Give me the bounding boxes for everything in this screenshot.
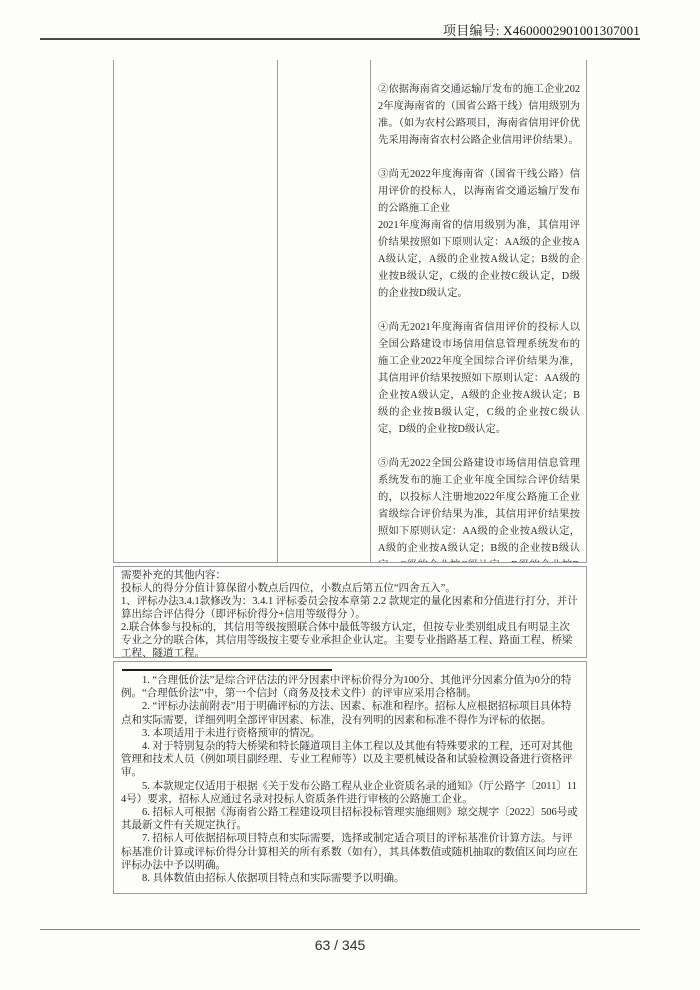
footnotes-section: 1. “合理低价法”是综合评估法的评分因素中评标价得分为100分、其他评分因素分… [113, 661, 587, 894]
supplement-paragraph: 投标人的得分分值计算保留小数点后四位，小数点后第五位“四舍五入”。 [121, 582, 579, 595]
footnote-item: 7. 招标人可依据招标项目特点和实际需要，选择或制定适合项目的评标基准价计算方法… [121, 832, 579, 872]
footnote-item: 4. 对于特别复杂的特大桥梁和特长隧道项目主体工程以及其他有特殊要求的工程，还可… [121, 740, 579, 780]
footnote-item: 5. 本款规定仅适用于根据《关于发布公路工程从业企业资质名录的通知》（厅公路字〔… [121, 780, 579, 806]
footnote-item: 6. 招标人可根据《海南省公路工程建设项目招标投标管理实施细则》琼交规字〔202… [121, 806, 579, 832]
supplement-section: 需要补充的其他内容： 投标人的得分分值计算保留小数点后四位，小数点后第五位“四舍… [113, 566, 587, 658]
footnote-item: 1. “合理低价法”是综合评估法的评分因素中评标价得分为100分、其他评分因素分… [121, 674, 579, 700]
credit-rule-paragraph: ③尚无2022年度海南省（国省干线公路）信用评价的投标人，以海南省交通运输厅发布… [378, 166, 580, 302]
footnote-item: 2. “评标办法前附表”用于明确评标的方法、因素、标准和程序。招标人应根据招标项… [121, 700, 579, 726]
supplement-paragraph: 2.联合体参与投标的，其信用等级按照联合体中最低等级方认定，但按专业类别组成且有… [121, 621, 579, 658]
footnote-item: 8. 具体数值由招标人依据项目特点和实际需要予以明确。 [121, 872, 579, 885]
credit-rule-paragraph: ⑤尚无2022全国公路建设市场信用信息管理系统发布的施工企业年度全国综合评价结果… [378, 455, 580, 562]
footnote-separator [122, 669, 332, 671]
supplement-paragraph: 1、评标办法3.4.1款修改为：3.4.1 评标委员会按本章第 2.2 款规定的… [121, 595, 579, 621]
footer-divider [40, 929, 640, 930]
credit-rule-paragraph: ④尚无2021年度海南省信用评价的投标人以全国公路建设市场信用信息管理系统发布的… [378, 319, 580, 438]
table-cell-empty-left [114, 60, 278, 562]
evaluation-table: ②依据海南省交通运输厅发布的施工企业2022年度海南省的（国省公路干线）信用级别… [113, 60, 587, 563]
footnote-item: 3. 本项适用于未进行资格预审的情况。 [121, 727, 579, 740]
project-number: 项目编号: X4600002901001307001 [40, 20, 640, 39]
table-cell-credit-rating-rules: ②依据海南省交通运输厅发布的施工企业2022年度海南省的（国省公路干线）信用级别… [371, 60, 586, 562]
header-divider [40, 38, 640, 40]
page-number: 63 / 345 [40, 937, 640, 953]
document-page: 项目编号: X4600002901001307001 ②依据海南省交通运输厅发布… [0, 0, 700, 990]
table-cell-empty-middle [278, 60, 371, 562]
credit-rule-paragraph: ②依据海南省交通运输厅发布的施工企业2022年度海南省的（国省公路干线）信用级别… [378, 81, 580, 149]
supplement-title: 需要补充的其他内容： [121, 569, 579, 582]
